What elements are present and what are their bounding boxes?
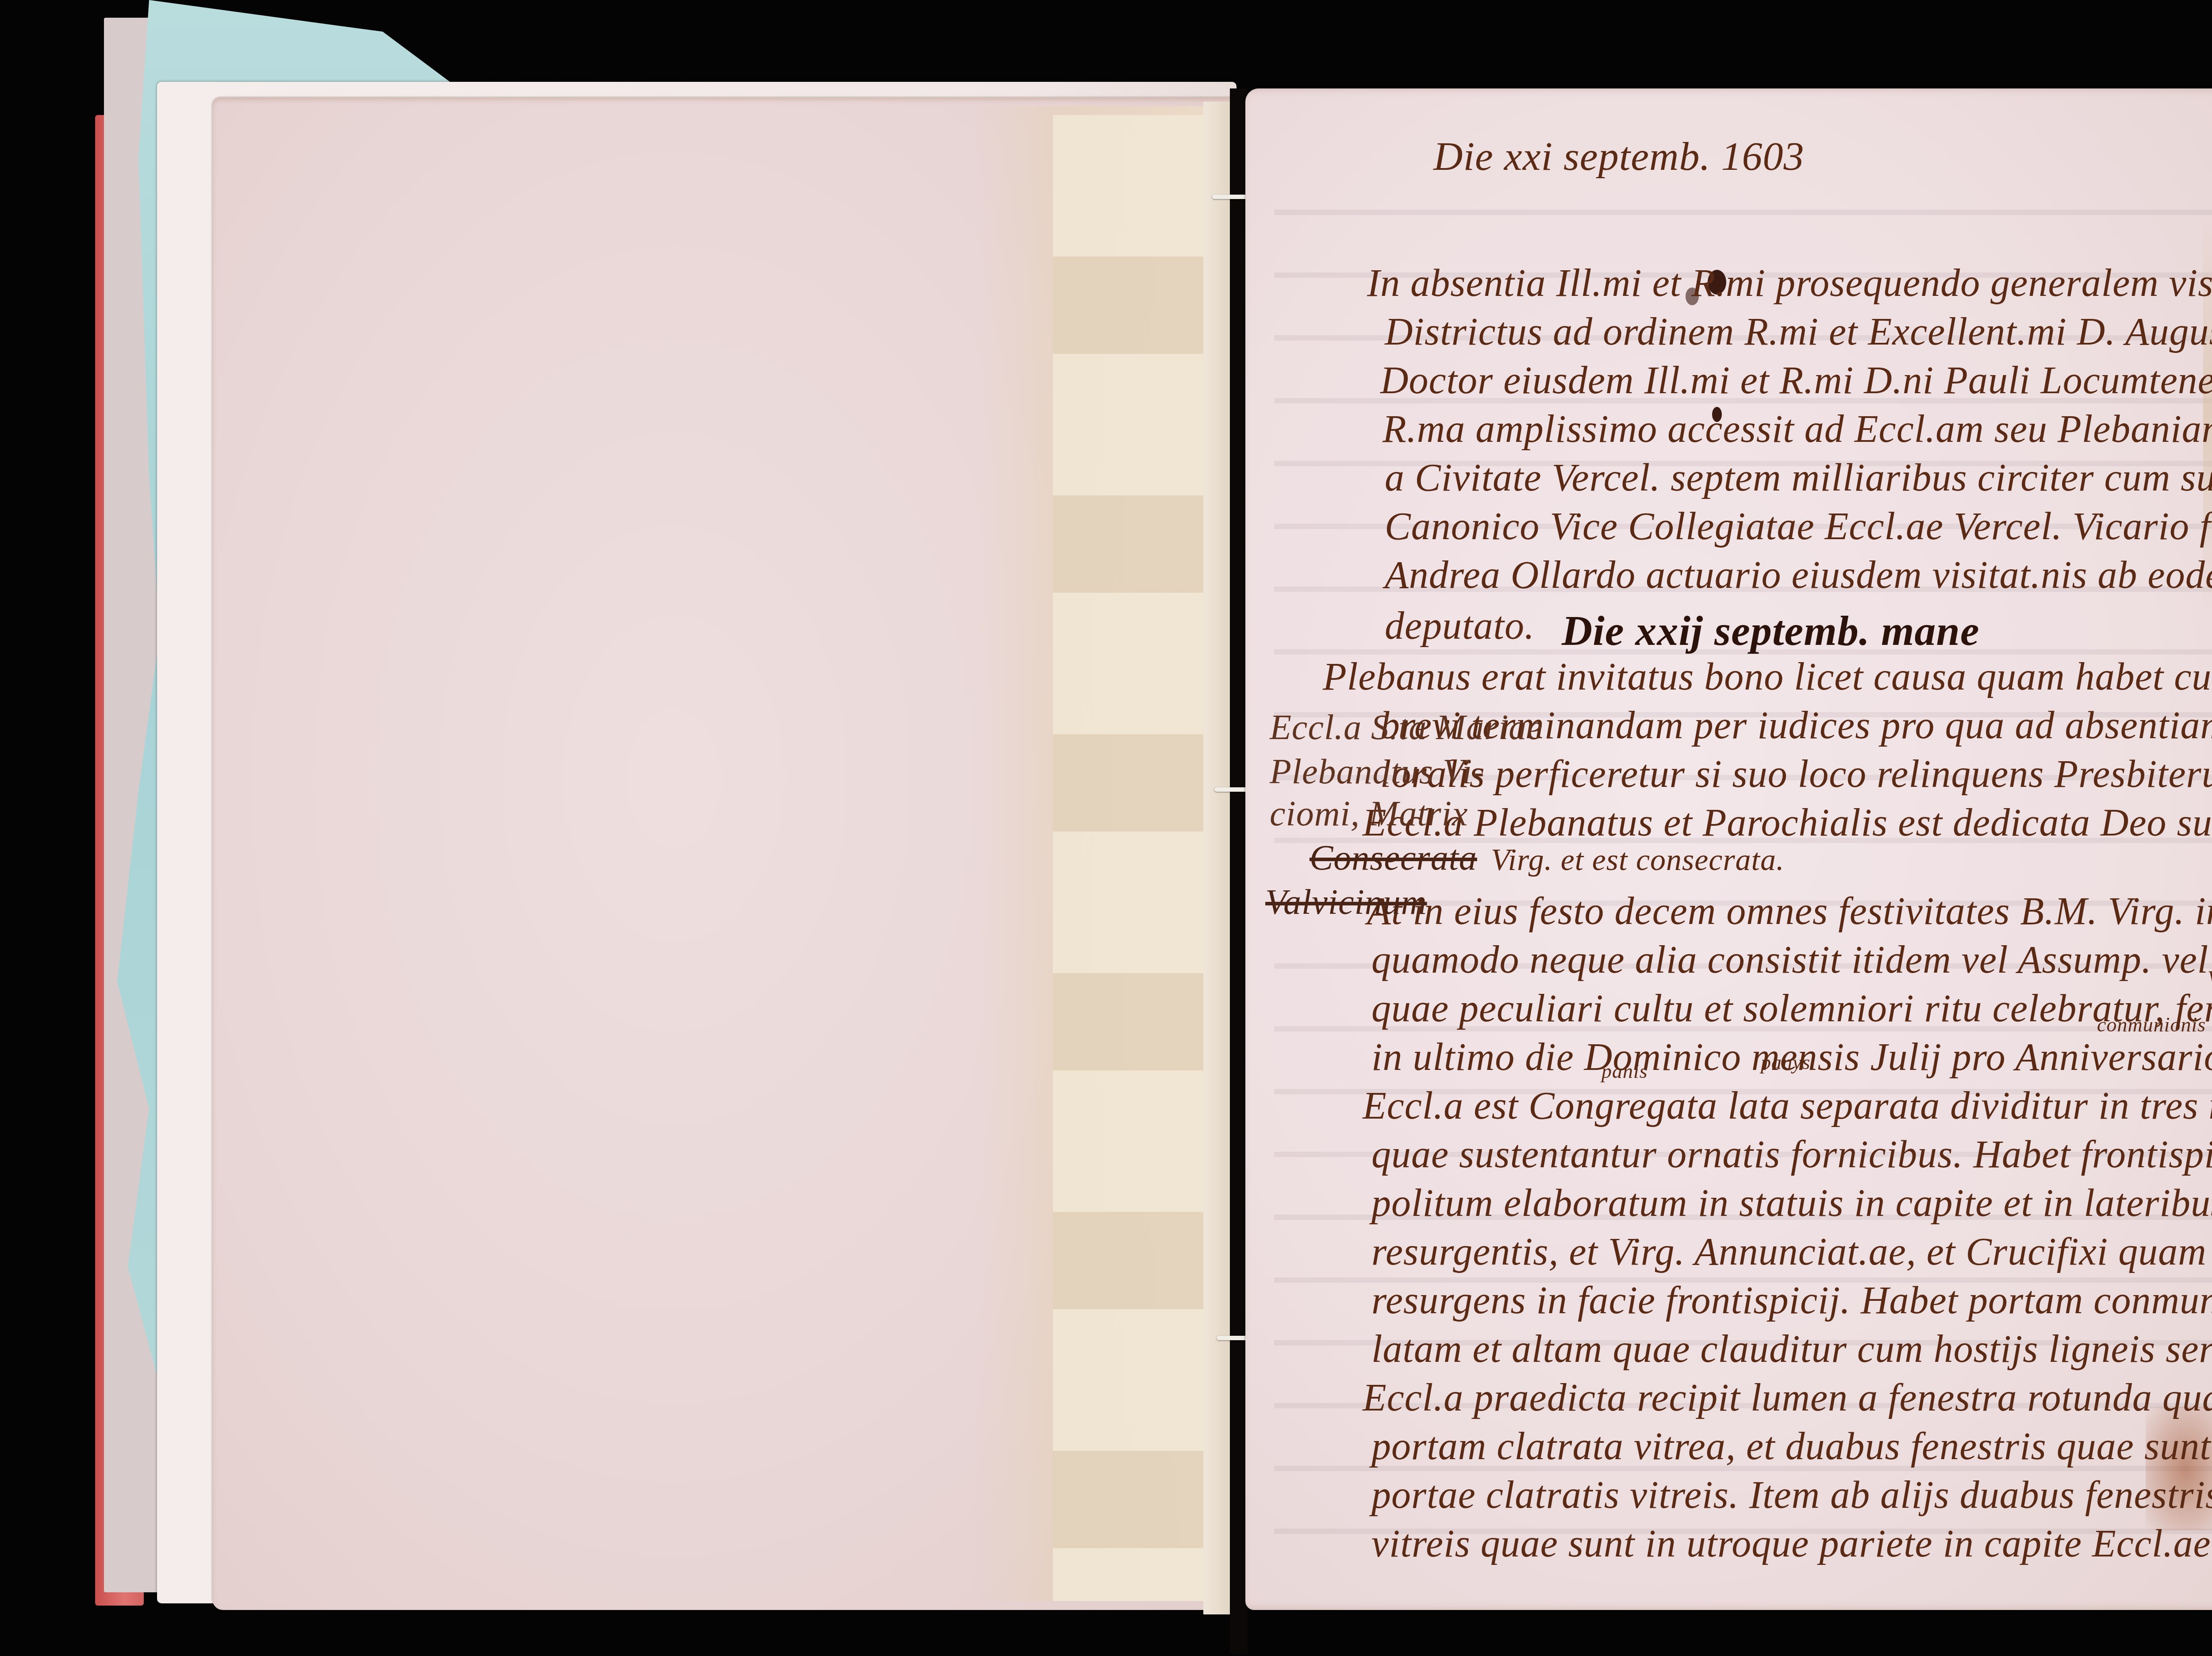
- struck-margin-note: Valvicinum: [1265, 882, 1427, 923]
- text-line: resurgens in facie frontispicij. Habet p…: [1371, 1278, 2212, 1323]
- margin-note: Plebanatus Vi-: [1270, 752, 1485, 792]
- text-line: deputato.: [1385, 604, 1535, 648]
- margin-note: ciomi, Matrix: [1270, 794, 1468, 834]
- text-line: Districtus ad ordinem R.mi et Excellent.…: [1385, 310, 2212, 354]
- text-line: Virg. et est consecrata.: [1491, 843, 1785, 878]
- binding-guard: [1203, 102, 1230, 1614]
- text-line: resurgentis, et Virg. Annunciat.ae, et C…: [1371, 1230, 2212, 1274]
- text-line: politum elaboratum in statuis in capite …: [1371, 1181, 2212, 1226]
- section-subheading: Die xxij septemb. mane: [1562, 606, 1980, 655]
- text-line: At in eius festo decem omnes festivitate…: [1367, 889, 2212, 934]
- text-line: quae sustentantur ornatis fornicibus. Ha…: [1371, 1132, 2212, 1177]
- struck-margin-note: Consecrata: [1310, 838, 1477, 878]
- text-line: quamodo neque alia consistit itidem vel …: [1371, 938, 2212, 982]
- text-line: latam et altam quae clauditur cum hostij…: [1371, 1327, 2212, 1372]
- book-gutter: [1230, 88, 1248, 1654]
- text-line: portam clatrata vitrea, et duabus fenest…: [1371, 1424, 2212, 1469]
- margin-note: Eccl.a S.ta Mariae: [1270, 708, 1543, 748]
- text-line: In absentia Ill.mi et R.mi prosequendo g…: [1367, 261, 2212, 306]
- text-line: portae clatratis vitreis. Item ab alijs …: [1371, 1473, 2212, 1518]
- interlinear-note: Volgaritur: [2208, 966, 2212, 990]
- text-line: Plebanus erat invitatus bono licet causa…: [1323, 655, 2212, 699]
- text-line: loralis perficeretur si suo loco relinqu…: [1380, 752, 2212, 797]
- text-line: Eccl.a praedicta recipit lumen a fenestr…: [1363, 1376, 2212, 1420]
- text-line: a Civitate Vercel. septem milliaribus ci…: [1385, 456, 2212, 500]
- text-line: Eccl.a Plebanatus et Parochialis est ded…: [1363, 801, 2212, 845]
- text-line: vitreis quae sunt in utroque pariete in …: [1371, 1522, 2212, 1566]
- text-line: Andrea Ollardo actuario eiusdem visitat.…: [1385, 553, 2212, 598]
- date-heading: Die xxi septemb. 1603: [1433, 133, 1805, 180]
- interlinear-note: panys: [1761, 1050, 1810, 1074]
- repair-tissue-strips: [1053, 115, 1217, 1601]
- text-line: Canonico Vice Collegiatae Eccl.ae Vercel…: [1385, 504, 2212, 549]
- text-line: Doctor eiusdem Ill.mi et R.mi D.ni Pauli…: [1380, 358, 2212, 403]
- text-line: quae peculiari cultu et solemniori ritu …: [1371, 986, 2212, 1031]
- text-line: Eccl.a est Congregata lata separata divi…: [1363, 1084, 2212, 1128]
- text-line: R.ma amplissimo accessit ad Eccl.am seu …: [1382, 407, 2212, 452]
- interlinear-note: conmunionis: [2097, 1013, 2206, 1036]
- interlinear-note: panis: [1601, 1059, 1648, 1083]
